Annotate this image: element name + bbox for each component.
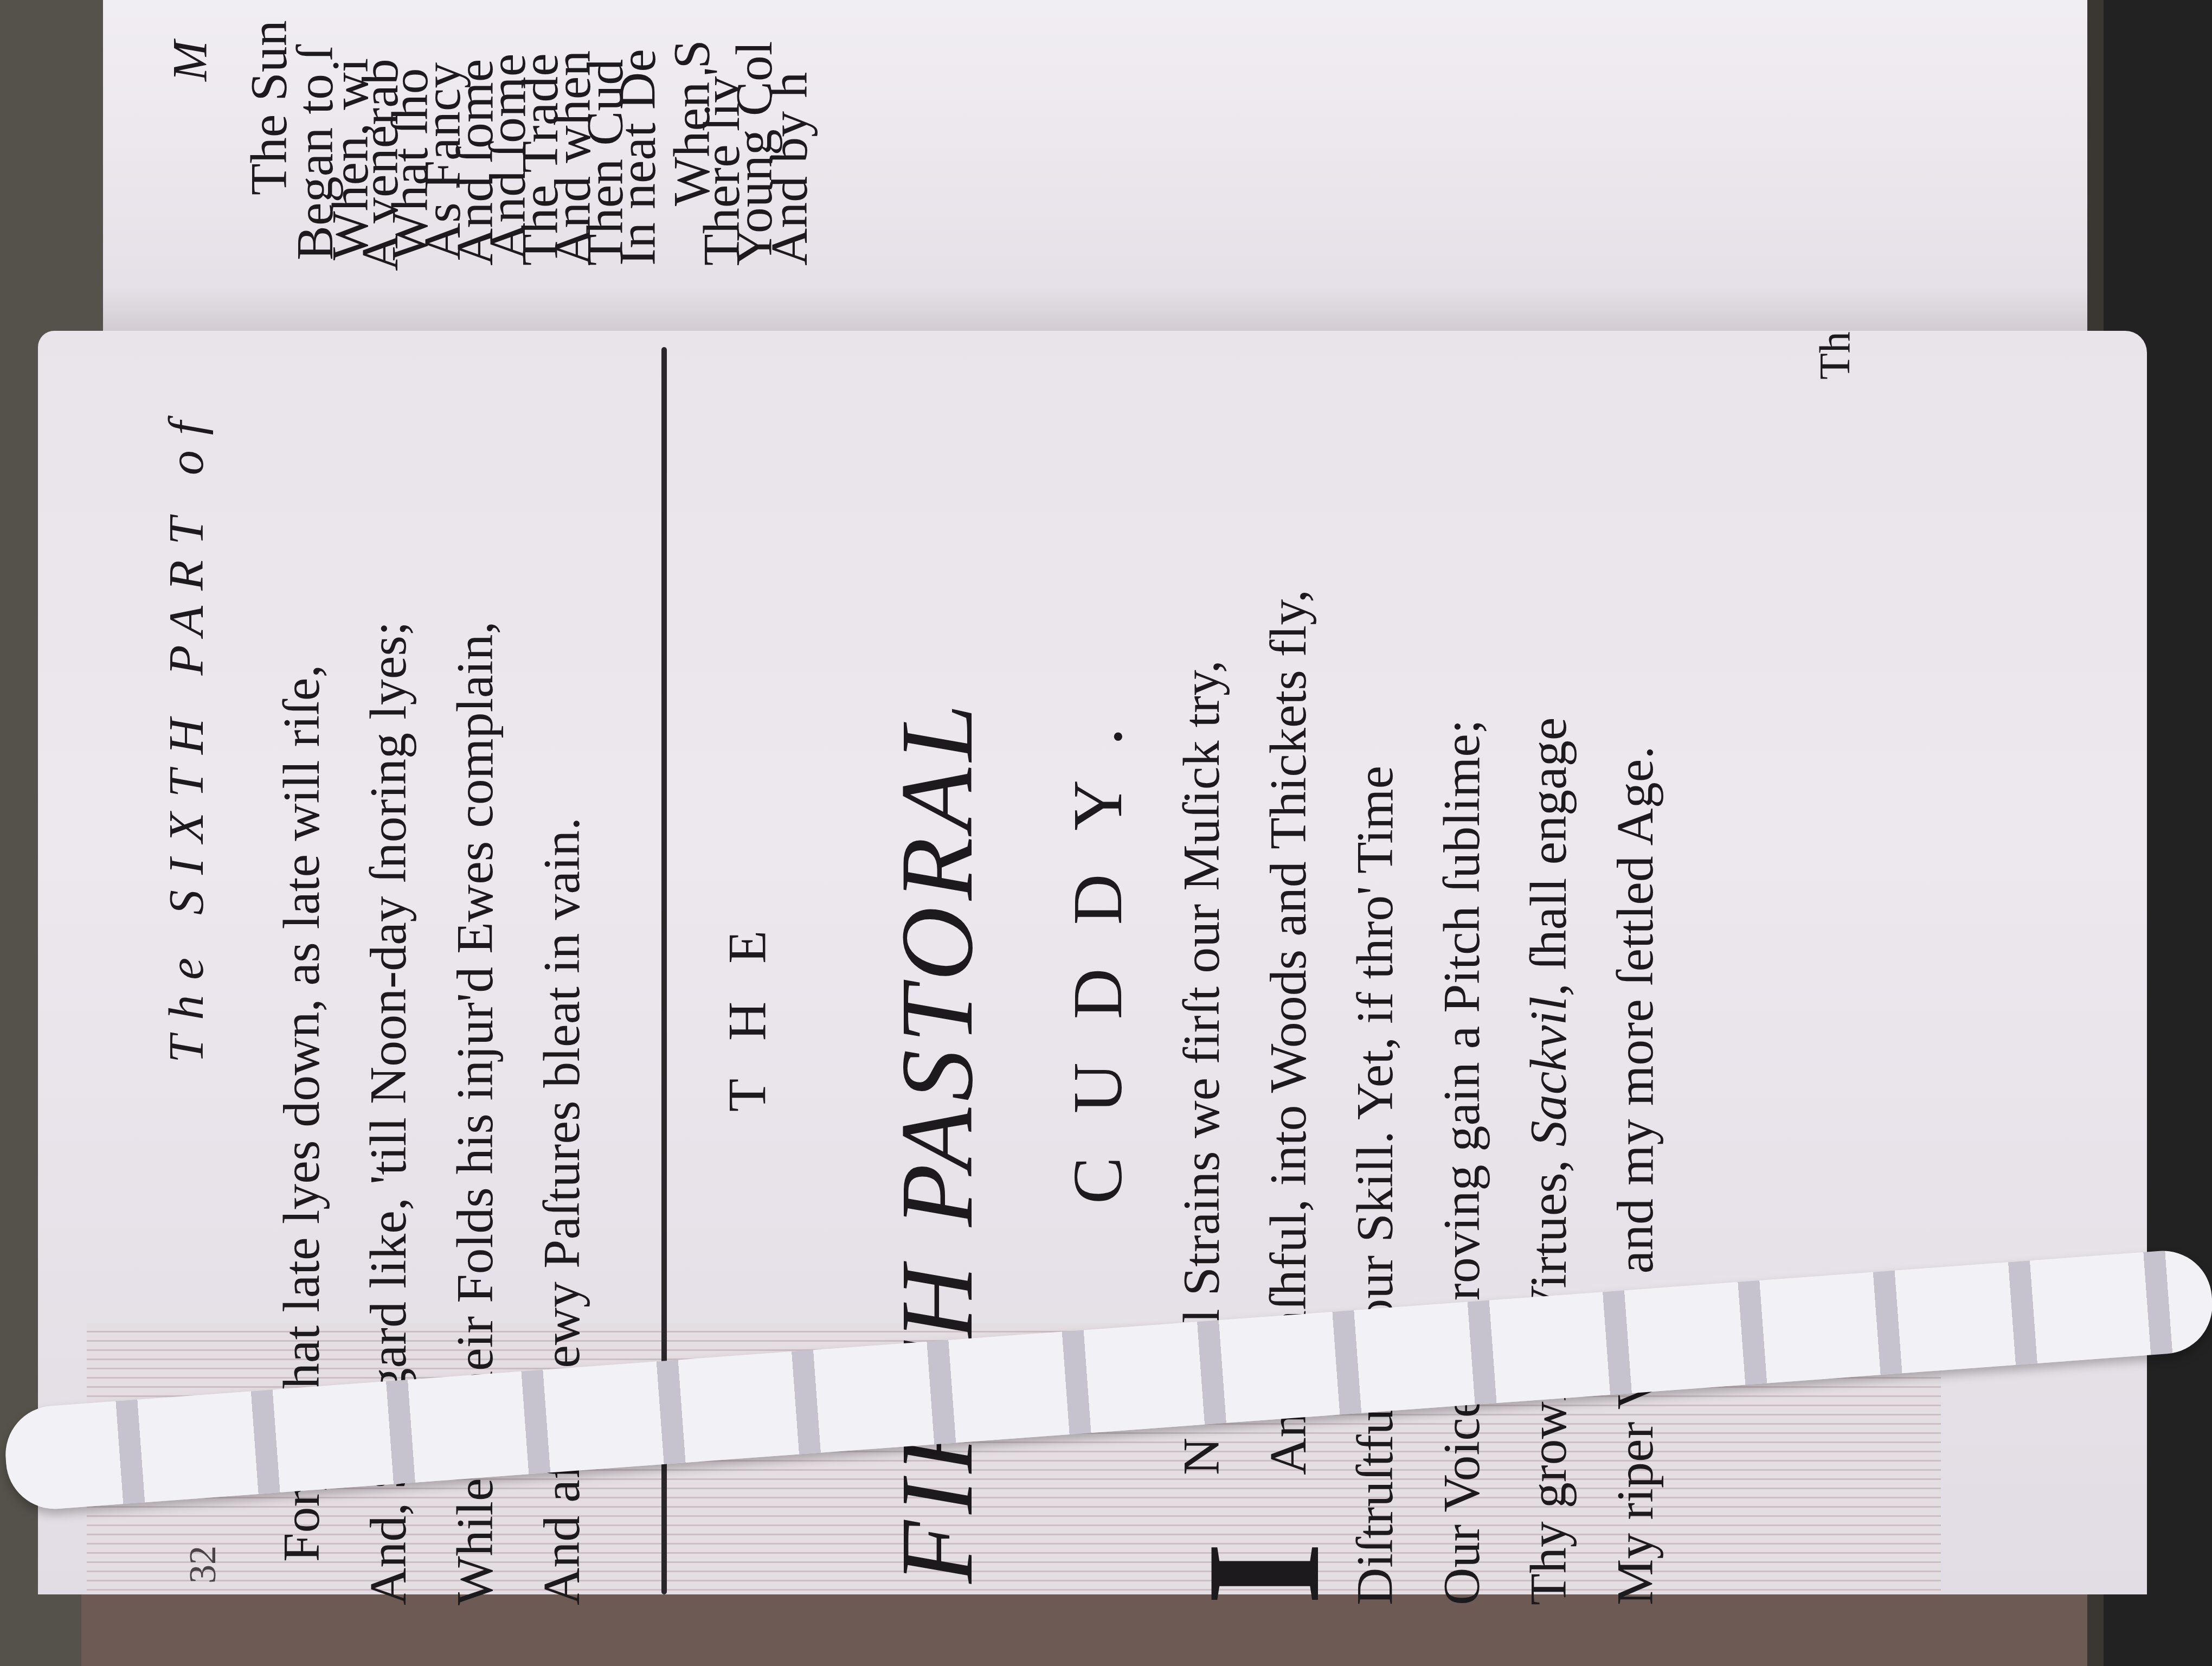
facing-running-head: M [163,41,218,81]
closing-line: And after dewy Paſtures bleat in vain. [531,817,591,1605]
poem-line: Thy growing Virtues, Sackvil, ſhall enga… [1518,717,1578,1605]
drop-cap: I [1182,1542,1345,1605]
dedicatee-name: Sackvil, [1519,983,1577,1146]
poem-line-text: ſhall engage [1519,717,1577,983]
poem-line: My riper Verſe, and my more ſettled Age. [1605,746,1665,1605]
running-head-suffix: of [158,406,214,476]
speaker-name: CUDDY. [1057,684,1139,1204]
running-head: The SIXTH PART of [157,406,215,1063]
section-heading-title: FIFTH PASTORAL [878,697,996,1584]
poem-line: Diſtruſtful of our Skill. Yet, if thro' … [1345,766,1405,1605]
facing-line: In neat De [607,49,667,266]
facing-line: And by h [759,72,819,266]
facing-catchword: Th [1811,331,1860,380]
running-head-title: SIXTH PART [158,503,214,915]
facing-page: M The Sun Began to ſ When, wi A venerab … [103,0,2087,336]
section-heading-the: THE [716,893,778,1112]
poem-line: Our Voice improving gain a Pitch ſublime… [1431,719,1491,1605]
running-head-prefix: The [158,943,214,1063]
page-number: 32 [182,1546,225,1584]
